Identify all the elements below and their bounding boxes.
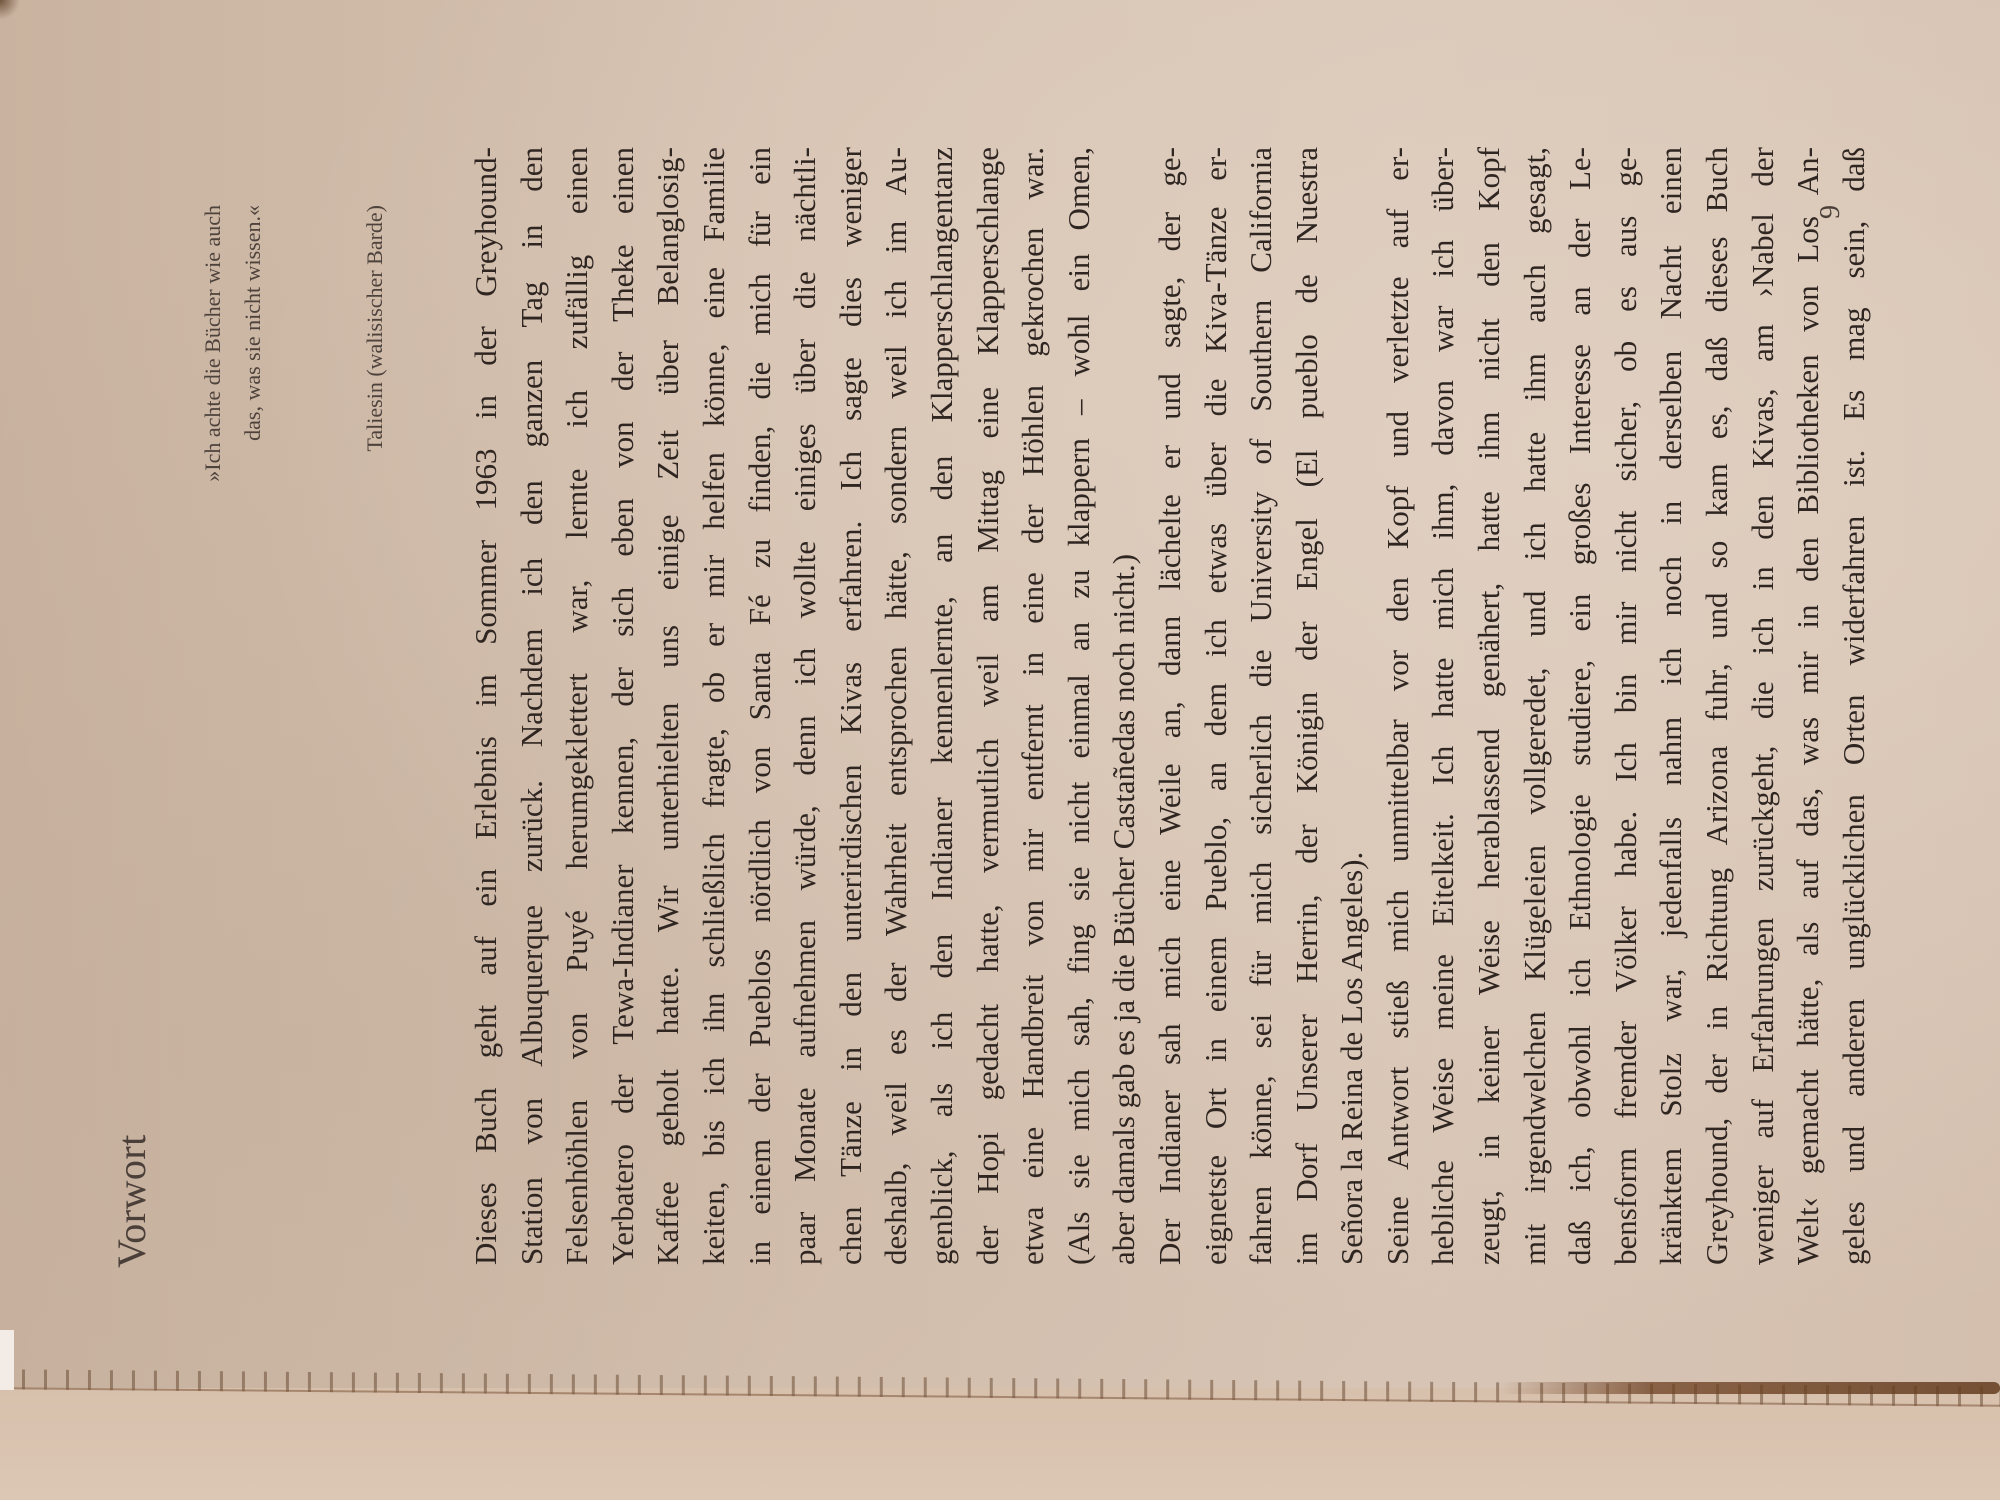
body-line: kränktem Stolz war, jedenfalls nahm ich … — [1648, 147, 1694, 1265]
body-line: Señora la Reina de Los Angeles). — [1329, 147, 1375, 1265]
body-line: genblick, als ich den Indianer kennenler… — [919, 147, 965, 1265]
body-line: Yerbatero der Tewa-Indianer kennen, der … — [600, 147, 646, 1265]
body-line: zeugt, in keiner Weise herablassend genä… — [1466, 147, 1512, 1265]
body-line: keiten, bis ich ihn schließlich fragte, … — [691, 147, 737, 1265]
body-line: (Als sie mich sah, fing sie nicht einmal… — [1056, 147, 1102, 1265]
body-line: daß ich, obwohl ich Ethnologie studiere,… — [1557, 147, 1603, 1265]
body-line: Welt‹ gemacht hätte, als auf das, was mi… — [1785, 147, 1831, 1265]
body-line: chen Tänze in den unterirdischen Kivas e… — [828, 147, 874, 1265]
body-line: im Dorf Unserer Herrin, der Königin der … — [1284, 147, 1330, 1265]
body-line: Kaffee geholt hatte. Wir unterhielten un… — [645, 147, 691, 1265]
body-line: Felsenhöhlen von Puyé herumgeklettert wa… — [554, 147, 600, 1265]
body-line: deshalb, weil es der Wahrheit entsproche… — [873, 147, 919, 1265]
body-line: der Hopi gedacht hatte, vermutlich weil … — [965, 147, 1011, 1265]
body-line: weniger auf Erfahrungen zurückgeht, die … — [1740, 147, 1786, 1265]
epigraph: »Ich achte die Bücher wie auch das, was … — [193, 205, 273, 805]
body-text: Dieses Buch geht auf ein Erlebnis im Som… — [463, 147, 1876, 1265]
body-line: in einem der Pueblos nördlich von Santa … — [737, 147, 783, 1265]
book-page: Vorwort »Ich achte die Bücher wie auch d… — [0, 0, 2000, 1500]
body-line: aber damals gab es ja die Bücher Castañe… — [1101, 147, 1147, 1265]
body-line: hebliche Weise meine Eitelkeit. Ich hatt… — [1420, 147, 1466, 1265]
epigraph-attribution: Taliesin (walisischer Barde) — [362, 205, 388, 805]
body-line: Station von Albuquerque zurück. Nachdem … — [509, 147, 555, 1265]
body-line: bensform fremder Völker habe. Ich bin mi… — [1603, 147, 1649, 1265]
page-number: 9 — [1815, 205, 1847, 219]
body-line: Dieses Buch geht auf ein Erlebnis im Som… — [463, 147, 509, 1265]
body-line: Der Indianer sah mich eine Weile an, dan… — [1147, 147, 1193, 1265]
body-line: eignetste Ort in einem Pueblo, an dem ic… — [1193, 147, 1239, 1265]
epigraph-line: »Ich achte die Bücher wie auch — [193, 205, 233, 805]
body-line: etwa eine Handbreit von mir entfernt in … — [1010, 147, 1056, 1265]
body-line: fahren könne, sei für mich sicherlich di… — [1238, 147, 1284, 1265]
body-line: geles und anderen unglücklichen Orten wi… — [1831, 147, 1877, 1265]
epigraph-line: das, was sie nicht wissen.« — [233, 205, 273, 805]
body-line: Greyhound, der in Richtung Arizona fuhr,… — [1694, 147, 1740, 1265]
body-line: Seine Antwort stieß mich unmittelbar vor… — [1375, 147, 1421, 1265]
chapter-heading: Vorwort — [108, 1134, 155, 1268]
body-line: mit irgendwelchen Klügeleien vollgeredet… — [1512, 147, 1558, 1265]
body-line: paar Monate aufnehmen würde, denn ich wo… — [782, 147, 828, 1265]
